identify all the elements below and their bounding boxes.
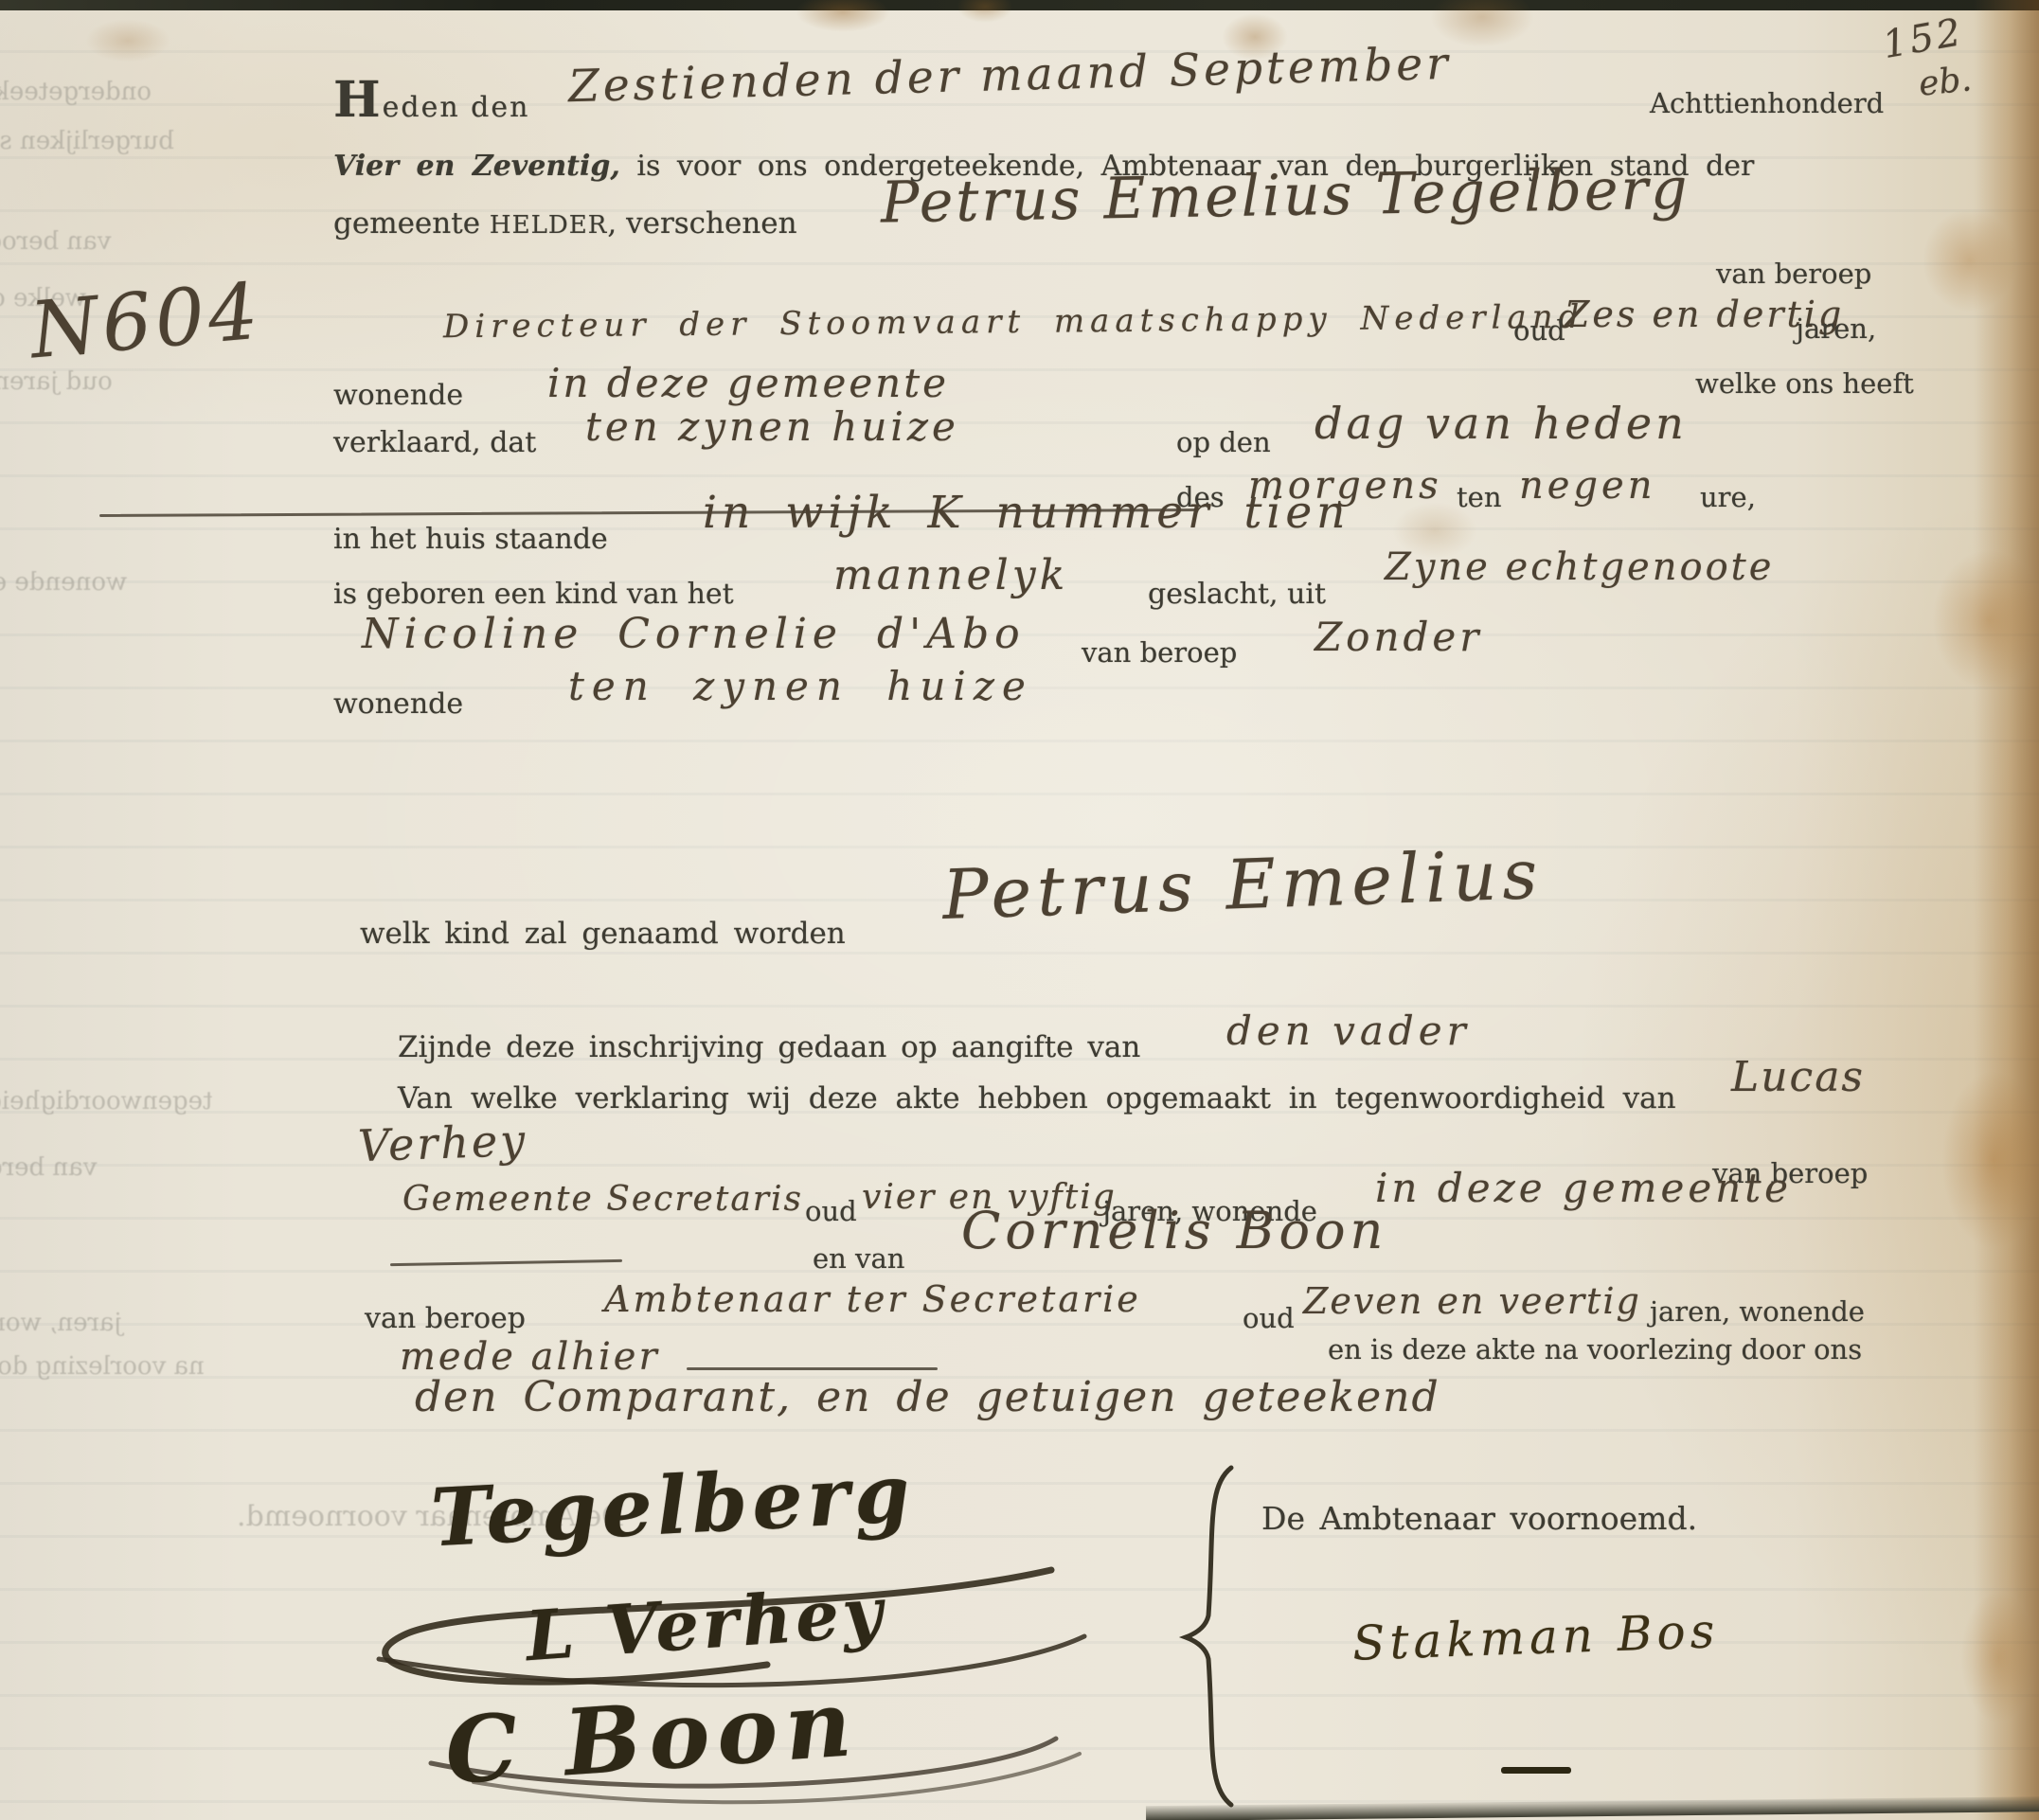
witness2-age: Zeven en veertig [1303,1280,1641,1322]
printed-heden-den: Heden den [333,81,529,124]
bleedthrough-fragment: van beroep [0,1153,97,1182]
printed-ure: ure, [1700,481,1756,513]
bleedthrough-fragment: jaren, wonende [0,1309,121,1337]
page-number: 152 [1880,10,1967,67]
printed-achttienhonderd: Achttienhonderd [1650,87,1884,119]
printed-welke-ons-heeft: welke ons heeft [1695,367,1914,400]
bottom-right-page-edge [1146,1796,2039,1820]
witness1-occupation: Gemeente Secretaris [402,1180,803,1219]
witness1-last-name: Verhey [357,1115,528,1171]
mother-occupation: Zonder [1315,614,1482,660]
act-number: N604 [27,267,265,377]
witness2-occupation: Ambtenaar ter Secretarie [604,1278,1141,1320]
official-signature-underline [1501,1767,1571,1774]
printed-oud-1: oud [1513,314,1565,347]
date-handwritten: Zestienden der maand September [567,38,1452,113]
printed-aangifte-line: Zijnde deze inschrijving gedaan op aangi… [398,1030,1140,1064]
closing-handwritten: den Comparant, en de getuigen geteekend [415,1373,1440,1421]
witness1-residence: in deze gemeente [1375,1165,1792,1211]
printed-jaren-wonende-2: jaren, wonende [1650,1295,1865,1328]
printed-en-van: en van [813,1242,904,1275]
printed-gemeente-line: gemeente Helder, verschenen [333,206,797,241]
printed-wonende-1: wonende [333,379,463,412]
bleedthrough-fragment: van beroep [0,227,111,256]
verschenen-word: , verschenen [607,206,796,241]
printed-closing-right: en is deze akte na voorlezing door ons [1328,1333,1862,1365]
bleedthrough-fragment: na voorlezing door ons [0,1352,205,1381]
birth-record-page: ondergeteekende burgerlijken stand van b… [0,0,2039,1820]
curly-brace [1182,1466,1248,1809]
declarant-occupation: Directeur der Stoomvaart maatschappy Ned… [443,298,1585,347]
mother-name: Nicoline Cornelie d'Abo [362,610,1026,658]
official-signature: Stakman Bos [1351,1603,1720,1670]
printed-verklaring-line: Van welke verklaring wij deze akte hebbe… [398,1081,1676,1115]
printed-geslacht-uit: geslacht, uit [1148,578,1326,611]
mother-residence: ten zynen huize [568,663,1033,709]
birth-hour: negen [1519,464,1655,508]
printed-oud-2: oud [805,1195,857,1227]
gemeente-word: gemeente [333,206,480,241]
bleedthrough-fragment: ondergeteekende [0,78,152,106]
printed-oud-3: oud [1243,1302,1295,1334]
child-name: Petrus Emelius [941,834,1545,935]
mother-relation: Zyne echtgenoote [1385,545,1774,589]
printed-van-beroep-1: van beroep [1716,258,1871,290]
printed-ten: ten [1457,481,1502,513]
printed-van-beroep-2: van beroep [1082,636,1237,669]
birth-house: ten zynen huize [585,403,959,450]
declarant-residence: in deze gemeente [547,360,949,406]
printed-naming-label: welk kind zal genaamd worden [360,917,846,951]
official-label: De Ambtenaar voornoemd. [1261,1500,1697,1537]
declared-by: den vader [1226,1008,1471,1054]
blank-filler-rule [390,1259,622,1266]
page-mark: eb. [1917,60,1974,104]
printed-op-den: op den [1176,426,1271,458]
printed-in-het-huis: in het huis staande [333,523,608,556]
printed-verklaard-dat: verklaard, dat [333,426,536,459]
stain [85,19,170,62]
printed-wonende-2: wonende [333,687,463,721]
blank-filler-rule [687,1367,938,1370]
bleedthrough-fragment: burgerlijken stand [0,127,174,155]
year-italic: Vier en Zeventig, [333,150,620,183]
witness1-first-name: Lucas [1731,1053,1865,1101]
declarant-name: Petrus Emelius Tegelberg [880,156,1690,237]
house-location: in wijk K nummer tien [703,487,1350,539]
top-book-edge [0,0,2039,10]
printed-jaren-1: jaren, [1796,312,1876,345]
birth-day: dag van heden [1315,398,1688,449]
bleedthrough-fragment: wonende en [0,568,127,597]
child-gender: mannelyk [833,551,1068,599]
gemeente-name: Helder [490,211,607,240]
printed-is-geboren: is geboren een kind van het [333,578,734,611]
bleedthrough-fragment: tegenwoordigheid van [0,1087,213,1115]
witness2-name: Cornelis Boon [961,1201,1387,1260]
right-aged-edge [1973,0,2039,1820]
printed-van-beroep-4: van beroep [365,1302,526,1335]
